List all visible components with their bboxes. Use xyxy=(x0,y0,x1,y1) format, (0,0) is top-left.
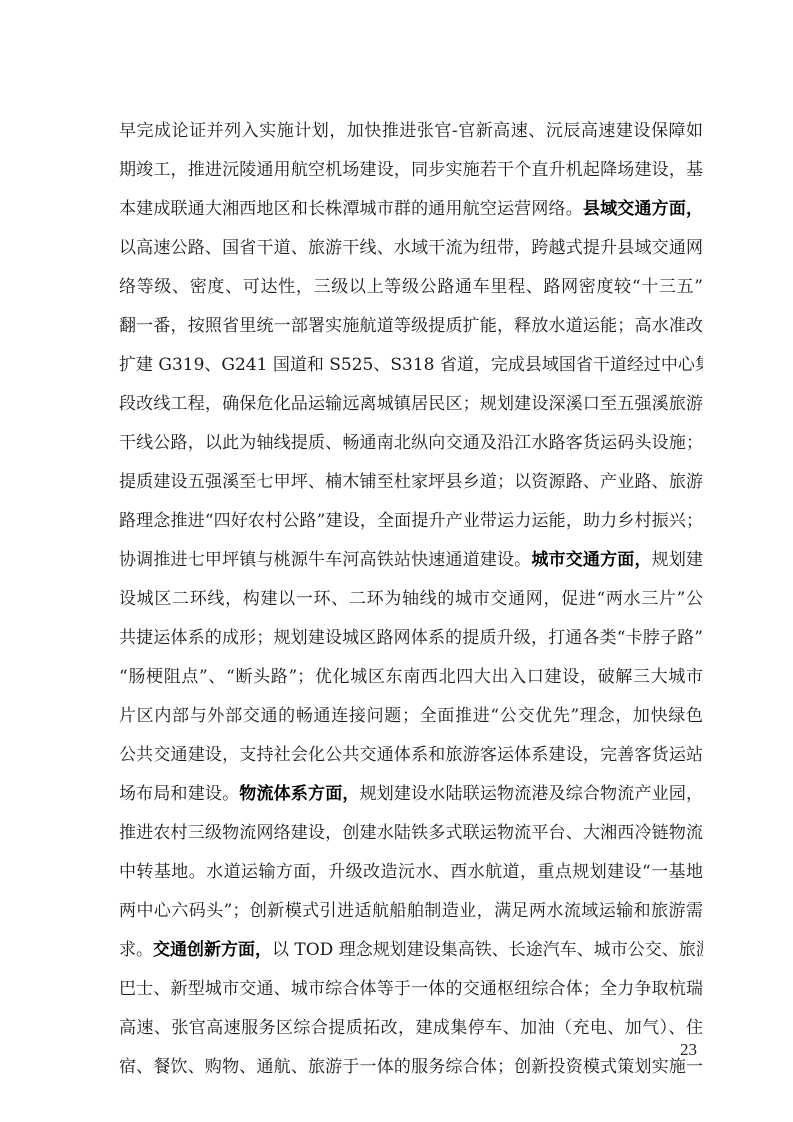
text-segment: 设城区二环线，构建以一环、二环为轴线的城市交通网，促进“两水三片”公 xyxy=(119,589,703,609)
text-segment: 两中心六码头”；创新模式引进适航船舶制造业，满足两水流域运输和旅游需 xyxy=(119,901,703,921)
text-segment: 宿、餐饮、购物、通航、旅游于一体的服务综合体；创新投资模式策划实施一 xyxy=(119,1057,703,1077)
text-line: 以高速公路、国省干道、旅游干线、水域干流为纽带，跨越式提升县域交通网 xyxy=(119,229,703,268)
text-segment: 期竣工，推进沅陵通用航空机场建设，同步实施若干个直升机起降场建设，基 xyxy=(119,160,703,180)
text-segment: 规划建设水陆联运物流港及综合物流产业园， xyxy=(360,784,703,804)
document-page: 早完成论证并列入实施计划，加快推进张官-官新高速、沅辰高速建设保障如期竣工，推进… xyxy=(0,0,793,1122)
text-line: 巴士、新型城市交通、城市综合体等于一体的交通枢纽综合体；全力争取杭瑞 xyxy=(119,970,703,1009)
text-line: 协调推进七甲坪镇与桃源牛车河高铁站快速通道建设。城市交通方面，规划建 xyxy=(119,541,703,580)
text-line: 求。交通创新方面，以 TOD 理念规划建设集高铁、长途汽车、城市公交、旅游 xyxy=(119,931,703,970)
page-number: 23 xyxy=(680,1040,697,1060)
text-segment: 路理念推进“四好农村公路”建设，全面提升产业带运力运能，助力乡村振兴； xyxy=(119,511,703,531)
text-line: 期竣工，推进沅陵通用航空机场建设，同步实施若干个直升机起降场建设，基 xyxy=(119,151,703,190)
text-segment: 协调推进七甲坪镇与桃源牛车河高铁站快速通道建设。 xyxy=(119,550,531,570)
text-line: 干线公路，以此为轴线提质、畅通南北纵向交通及沿江水路客货运码头设施； xyxy=(119,424,703,463)
text-line: 公共交通建设，支持社会化公共交通体系和旅游客运体系建设，完善客货运站 xyxy=(119,736,703,775)
text-line: 宿、餐饮、购物、通航、旅游于一体的服务综合体；创新投资模式策划实施一 xyxy=(119,1048,703,1087)
text-segment: 求。 xyxy=(119,940,153,960)
text-segment: 翻一番，按照省里统一部署实施航道等级提质扩能，释放水道运能；高水准改 xyxy=(119,316,703,336)
text-line: 扩建 G319、G241 国道和 S525、S318 省道，完成县域国省干道经过… xyxy=(119,346,703,385)
text-segment: 中转基地。水道运输方面，升级改造沅水、酉水航道，重点规划建设“一基地 xyxy=(119,862,703,882)
text-segment: 高速、张官高速服务区综合提质拓改，建成集停车、加油（充电、加气）、住 xyxy=(119,1018,703,1038)
text-segment: 以 TOD 理念规划建设集高铁、长途汽车、城市公交、旅游 xyxy=(272,940,703,960)
section-heading-inline: 城市交通方面， xyxy=(531,550,651,570)
text-line: 提质建设五强溪至七甲坪、楠木铺至杜家坪县乡道；以资源路、产业路、旅游 xyxy=(119,463,703,502)
text-segment: “肠梗阻点”、“断头路”；优化城区东南西北四大出入口建设，破解三大城市 xyxy=(119,667,703,687)
section-heading-inline: 物流体系方面， xyxy=(239,784,359,804)
text-segment: 规划建 xyxy=(652,550,703,570)
text-line: 本建成联通大湘西地区和长株潭城市群的通用航空运营网络。县域交通方面， xyxy=(119,190,703,229)
text-line: 片区内部与外部交通的畅通连接问题；全面推进“公交优先”理念，加快绿色 xyxy=(119,697,703,736)
text-line: 两中心六码头”；创新模式引进适航船舶制造业，满足两水流域运输和旅游需 xyxy=(119,892,703,931)
text-segment: 片区内部与外部交通的畅通连接问题；全面推进“公交优先”理念，加快绿色 xyxy=(119,706,703,726)
text-segment: 干线公路，以此为轴线提质、畅通南北纵向交通及沿江水路客货运码头设施； xyxy=(119,433,703,453)
text-segment: 巴士、新型城市交通、城市综合体等于一体的交通枢纽综合体；全力争取杭瑞 xyxy=(119,979,703,999)
text-line: 场布局和建设。物流体系方面，规划建设水陆联运物流港及综合物流产业园， xyxy=(119,775,703,814)
text-line: 中转基地。水道运输方面，升级改造沅水、酉水航道，重点规划建设“一基地 xyxy=(119,853,703,892)
text-segment: 提质建设五强溪至七甲坪、楠木铺至杜家坪县乡道；以资源路、产业路、旅游 xyxy=(119,472,703,492)
section-heading-inline: 交通创新方面， xyxy=(153,940,272,960)
text-segment: 扩建 G319、G241 国道和 S525、S318 省道，完成县域国省干道经过… xyxy=(119,355,703,375)
text-line: 络等级、密度、可达性，三级以上等级公路通车里程、路网密度较“十三五” xyxy=(119,268,703,307)
text-line: 推进农村三级物流网络建设，创建水陆铁多式联运物流平台、大湘西冷链物流 xyxy=(119,814,703,853)
text-segment: 以高速公路、国省干道、旅游干线、水域干流为纽带，跨越式提升县域交通网 xyxy=(119,238,703,258)
text-segment: 本建成联通大湘西地区和长株潭城市群的通用航空运营网络。 xyxy=(119,199,583,219)
text-segment: 公共交通建设，支持社会化公共交通体系和旅游客运体系建设，完善客货运站 xyxy=(119,745,703,765)
text-line: 设城区二环线，构建以一环、二环为轴线的城市交通网，促进“两水三片”公 xyxy=(119,580,703,619)
body-paragraph: 早完成论证并列入实施计划，加快推进张官-官新高速、沅辰高速建设保障如期竣工，推进… xyxy=(119,112,703,1087)
text-line: 路理念推进“四好农村公路”建设，全面提升产业带运力运能，助力乡村振兴； xyxy=(119,502,703,541)
text-segment: 场布局和建设。 xyxy=(119,784,239,804)
text-line: 高速、张官高速服务区综合提质拓改，建成集停车、加油（充电、加气）、住 xyxy=(119,1009,703,1048)
section-heading-inline: 县域交通方面， xyxy=(583,199,703,219)
text-line: 共捷运体系的成形；规划建设城区路网体系的提质升级，打通各类“卡脖子路” xyxy=(119,619,703,658)
text-line: 早完成论证并列入实施计划，加快推进张官-官新高速、沅辰高速建设保障如 xyxy=(119,112,703,151)
text-segment: 推进农村三级物流网络建设，创建水陆铁多式联运物流平台、大湘西冷链物流 xyxy=(119,823,703,843)
text-line: “肠梗阻点”、“断头路”；优化城区东南西北四大出入口建设，破解三大城市 xyxy=(119,658,703,697)
text-line: 段改线工程，确保危化品运输远离城镇居民区；规划建设深溪口至五强溪旅游 xyxy=(119,385,703,424)
text-segment: 段改线工程，确保危化品运输远离城镇居民区；规划建设深溪口至五强溪旅游 xyxy=(119,394,703,414)
text-line: 翻一番，按照省里统一部署实施航道等级提质扩能，释放水道运能；高水准改 xyxy=(119,307,703,346)
text-segment: 早完成论证并列入实施计划，加快推进张官-官新高速、沅辰高速建设保障如 xyxy=(119,121,703,141)
text-segment: 共捷运体系的成形；规划建设城区路网体系的提质升级，打通各类“卡脖子路” xyxy=(119,628,703,648)
text-segment: 络等级、密度、可达性，三级以上等级公路通车里程、路网密度较“十三五” xyxy=(119,277,703,297)
